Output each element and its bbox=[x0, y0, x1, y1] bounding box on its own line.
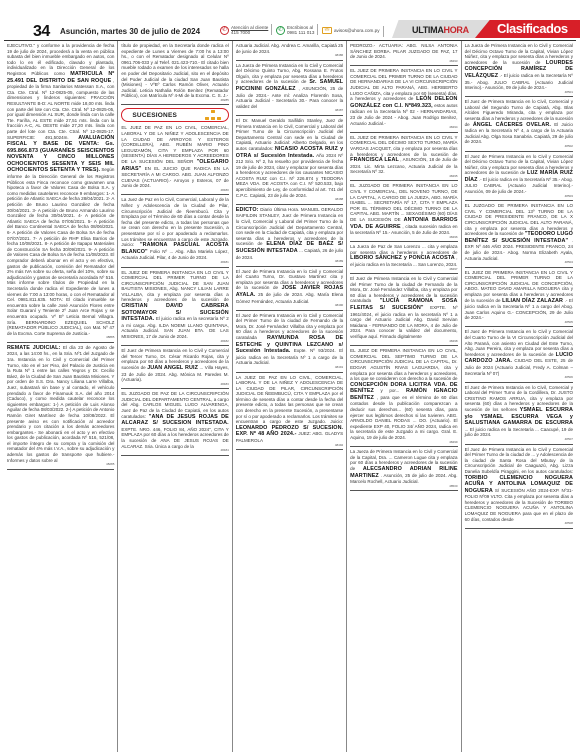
notice-ref-number: 48492 bbox=[236, 444, 343, 448]
contact-phone: ✆ Atención al cliente 415 7000 bbox=[220, 25, 268, 35]
notice-ref-number: 48885 bbox=[7, 336, 114, 340]
notice-name-bold: AVALUACIÓN FISCAL Y BASE DE VENTA: Gs. 6… bbox=[7, 135, 114, 174]
legal-notice: La Jueza de Primera Instancia en lo Civi… bbox=[465, 43, 573, 97]
divider bbox=[271, 24, 272, 35]
notice-name-bold: REMATE JUDICIAL: bbox=[7, 345, 60, 351]
notice-ref-number: 48285 bbox=[7, 463, 114, 467]
notice-text: El día 23 de Agosto de 2024, a las 14:00… bbox=[7, 345, 114, 463]
notice-ref-number: 48480 bbox=[121, 189, 228, 193]
notice-text: ... El juicio radica en la Secretaría ..… bbox=[465, 427, 573, 438]
classifieds-columns: EJECUTIVO." y conforme a la providencia … bbox=[4, 40, 576, 752]
legal-notice: REMATE JUDICIAL: El día 23 de Agosto de … bbox=[7, 345, 114, 470]
notice-ref-number: 48484 bbox=[121, 449, 228, 453]
legal-notice: EL JUEZ DE PRIMERA INSTANCIA EN LO CIVIL… bbox=[121, 270, 228, 347]
legal-notice: El Juez de Primera Instancia en lo Civil… bbox=[465, 385, 573, 445]
legal-notice: EJECUTIVO." y conforme a la providencia … bbox=[7, 43, 114, 343]
notice-ref-number: 48496 bbox=[350, 236, 457, 240]
notice-ref-number: 48488 bbox=[236, 198, 343, 202]
divider bbox=[383, 26, 384, 37]
notice-text: , propiedad de la firma Sanitarios Mates… bbox=[7, 78, 114, 140]
legal-notice: El Juez de Primera Instancia en lo Civil… bbox=[236, 269, 343, 311]
notice-text: La Juez de Paz en lo Civil, Comercial, L… bbox=[121, 197, 228, 247]
notice-ref-number: 48498 bbox=[350, 340, 457, 344]
page-date: Asunción, martes 30 de julio de 2024 bbox=[60, 27, 200, 36]
contact-phone-value: 415 7000 bbox=[231, 30, 268, 35]
notice-name-bold: FRANCISCA LEAL bbox=[350, 157, 399, 163]
notice-ref-number: 48481 bbox=[121, 261, 228, 265]
notice-text: y por... bbox=[381, 388, 406, 393]
notice-ref-number: 48494 bbox=[350, 126, 457, 130]
notice-ref-number: 48285 bbox=[121, 99, 228, 103]
legal-notice: EL JUEZ DE PRIMERA INSTANCIA EN LO CIVIL… bbox=[350, 348, 457, 447]
legal-notice: EL JUZGADO DE PRIMERA INSTANCIA EN LO CI… bbox=[350, 183, 457, 242]
notice-ref-number: 48482 bbox=[121, 340, 228, 344]
legal-notice: La Jueza de Primera Instancia en lo Civi… bbox=[236, 63, 343, 116]
notice-text: Según informe de la Dirección General de… bbox=[7, 167, 114, 335]
column-1: EJECUTIVO." y conforme a la providencia … bbox=[4, 41, 118, 752]
legal-notice: La Jueza de Paz de San Lorenzo ... cita … bbox=[350, 244, 457, 274]
brand-logo: ULTIMAHORA bbox=[412, 25, 469, 35]
brand-ultima: ULTIMA bbox=[412, 25, 444, 35]
column-5: La Jueza de Primera Instancia en lo Civi… bbox=[462, 41, 576, 752]
divider bbox=[317, 24, 318, 35]
legal-notice: El Juez de Primera Instancia en lo Civil… bbox=[465, 329, 573, 382]
notice-text: LA JUEZ DE PAZ EN LO CIVIL, COMERCIAL, L… bbox=[236, 375, 343, 425]
notice-name-bold: LIBORIO SÁNCHEZ y PONCIA ACOSTA bbox=[350, 255, 455, 261]
notice-ref-number: 48491 bbox=[236, 366, 343, 370]
family-tree-icon bbox=[204, 110, 222, 120]
notice-ref-number: 48501 bbox=[465, 91, 573, 95]
notice-text: EL JUEZ DE PRIMERA INSTANCIA EN LO CIVIL… bbox=[350, 348, 457, 381]
legal-notice: El Juez de Primera Instancia en lo Civil… bbox=[121, 348, 228, 389]
notice-ref-number: 48502 bbox=[465, 145, 573, 149]
legal-notice: El Juez de Primera Instancia en lo Civil… bbox=[465, 99, 573, 151]
section-label: SUCESIONES bbox=[132, 113, 177, 119]
notice-ref-number: 48506 bbox=[465, 376, 573, 380]
legal-notice: La Juez de Paz en lo Civil, Comercial, L… bbox=[121, 197, 228, 267]
notice-text: , para que en el término de 60 días cont… bbox=[350, 395, 457, 440]
notice-ref-number: 48504 bbox=[465, 261, 573, 265]
legal-notice: título de propiedad, en la Secretaría do… bbox=[121, 43, 228, 105]
legal-notice: EDICTO: Diario Última Hora. MANUEL GERAL… bbox=[236, 207, 343, 267]
notice-text: PEDROZO.- ACTUARIA: ABG. NILSA ANTONIA S… bbox=[350, 43, 457, 59]
notice-ref-number: 48489 bbox=[236, 260, 343, 264]
notice-name-bold: LILIAN DÍAZ ZALAZAR bbox=[502, 298, 563, 304]
section-title: Clasificados bbox=[497, 21, 568, 36]
column-3: Actuaria Judicial. Abg. Andrea C. Amaril… bbox=[233, 41, 347, 752]
contact-email: ✉ avisos@uhora.com.py bbox=[322, 27, 380, 34]
notice-text: EL JUEZ DE PRIMERA INSTANCIA EN LO CIVIL… bbox=[121, 270, 228, 303]
notice-text: EXPTE. NRO. 446, FOLIO 84, AÑO 2024", CI… bbox=[121, 427, 228, 449]
legal-notice: El Juez de Primera Instancia en lo Civil… bbox=[350, 276, 457, 346]
legal-notice: EL JUZGADO DE PAZ DE LA CIRCUNSCRIPCIÓN … bbox=[121, 391, 228, 455]
whatsapp-icon: ✆ bbox=[276, 26, 285, 35]
page-number: 34 bbox=[33, 23, 50, 41]
contact-whatsapp-value: 0981 111 013 bbox=[287, 30, 314, 35]
notice-ref-number: 48508 bbox=[465, 522, 573, 526]
notice-ref-number: 48500 bbox=[350, 485, 457, 489]
notice-text: EL JUEZ DE PRIMERA INSTANCIA EN LO CIVIL… bbox=[350, 135, 457, 157]
legal-notice: El Dr. Manuel Geraldo Saifildin Stanley,… bbox=[236, 118, 343, 205]
notice-ref-number: 48497 bbox=[350, 268, 457, 272]
notice-ref-number: 48483 bbox=[121, 383, 228, 387]
legal-notice: PEDROZO.- ACTUARIA: ABG. NILSA ANTONIA S… bbox=[350, 43, 457, 66]
contact-email-value: avisos@uhora.com.py bbox=[334, 28, 380, 33]
notice-name-bold: ÁNGEL CÁCERES OVELAR. bbox=[473, 122, 551, 128]
legal-notice: EL JUEZ DE PRIMERA INSTANCIA EN LO CIVIL… bbox=[465, 270, 573, 328]
notice-ref-number: 48505 bbox=[465, 321, 573, 325]
legal-notice: Actuaria Judicial. Abg. Andrea C. Amaril… bbox=[236, 43, 343, 61]
notice-ref-number: 48487 bbox=[236, 109, 343, 113]
contact-whatsapp: ✆ Escribinos al 0981 111 013 bbox=[276, 25, 314, 35]
mail-icon: ✉ bbox=[322, 27, 332, 34]
notice-ref-number: 48499 bbox=[350, 441, 457, 445]
legal-notice: La Jueza de Primera Instancia en lo Civi… bbox=[350, 449, 457, 491]
notice-text: Año 2024 Nº 212 Srio. Nº 2, ha resuelto … bbox=[236, 153, 343, 198]
section-header-sucesiones: SUCESIONES bbox=[121, 108, 228, 122]
legal-notice: LA JUEZ DE PAZ EN LO CIVIL, COMERCIAL, L… bbox=[236, 375, 343, 451]
notice-ref-number: 48507 bbox=[465, 438, 573, 442]
notice-text: La Jueza de Paz de San Lorenzo ... cita … bbox=[350, 244, 457, 255]
notice-text: .- El juicio radica en la Secretaría Nº … bbox=[465, 177, 573, 194]
phone-icon: ✆ bbox=[220, 26, 229, 35]
notice-ref-number: 48490 bbox=[236, 304, 343, 308]
notice-name-bold: JUAN ANGEL RUIZ bbox=[147, 365, 198, 371]
legal-notice: EL JUEZ DE PRIMERA INSTANCIA EN LO CIVIL… bbox=[350, 68, 457, 132]
legal-notice: EL JUEZ DE PRIMERA INSTANCIA EN LO CIVIL… bbox=[350, 135, 457, 182]
brand-hora: HORA bbox=[444, 25, 469, 35]
legal-notice: El Juez de Primera Instancia en lo Civil… bbox=[465, 447, 573, 529]
legal-notice: El Juez de Primera Instancia en lo Civil… bbox=[236, 313, 343, 373]
notice-ref-number: 48495 bbox=[350, 175, 457, 179]
legal-notice: EL JUEZ DE PAZ EN LO CIVIL, COMERCIAL, L… bbox=[121, 125, 228, 195]
column-2: título de propiedad, en la Secretaría do… bbox=[118, 41, 232, 752]
column-4: PEDROZO.- ACTUARIA: ABG. NILSA ANTONIA S… bbox=[347, 41, 461, 752]
notice-ref-number: 48503 bbox=[465, 195, 573, 199]
legal-notice: El Juez de Primera Instancia en lo Civil… bbox=[465, 154, 573, 202]
notice-ref-number: 48486 bbox=[236, 54, 343, 58]
notice-text: Actuaria Judicial. Abg. Andrea C. Amaril… bbox=[236, 43, 343, 54]
notice-text: El Juez de Primera Instancia en lo Civil… bbox=[465, 447, 573, 474]
legal-notice: EL JUZGADO DE PRIMERA INSTANCIA EN LO CI… bbox=[465, 203, 573, 267]
notice-text: título de propiedad, en la Secretaría do… bbox=[121, 43, 228, 98]
notice-name-bold: EDICTO: bbox=[236, 207, 259, 213]
notice-ref-number: 48493 bbox=[350, 60, 457, 64]
page-header: 34 Asunción, martes 30 de julio de 2024 … bbox=[0, 0, 580, 38]
